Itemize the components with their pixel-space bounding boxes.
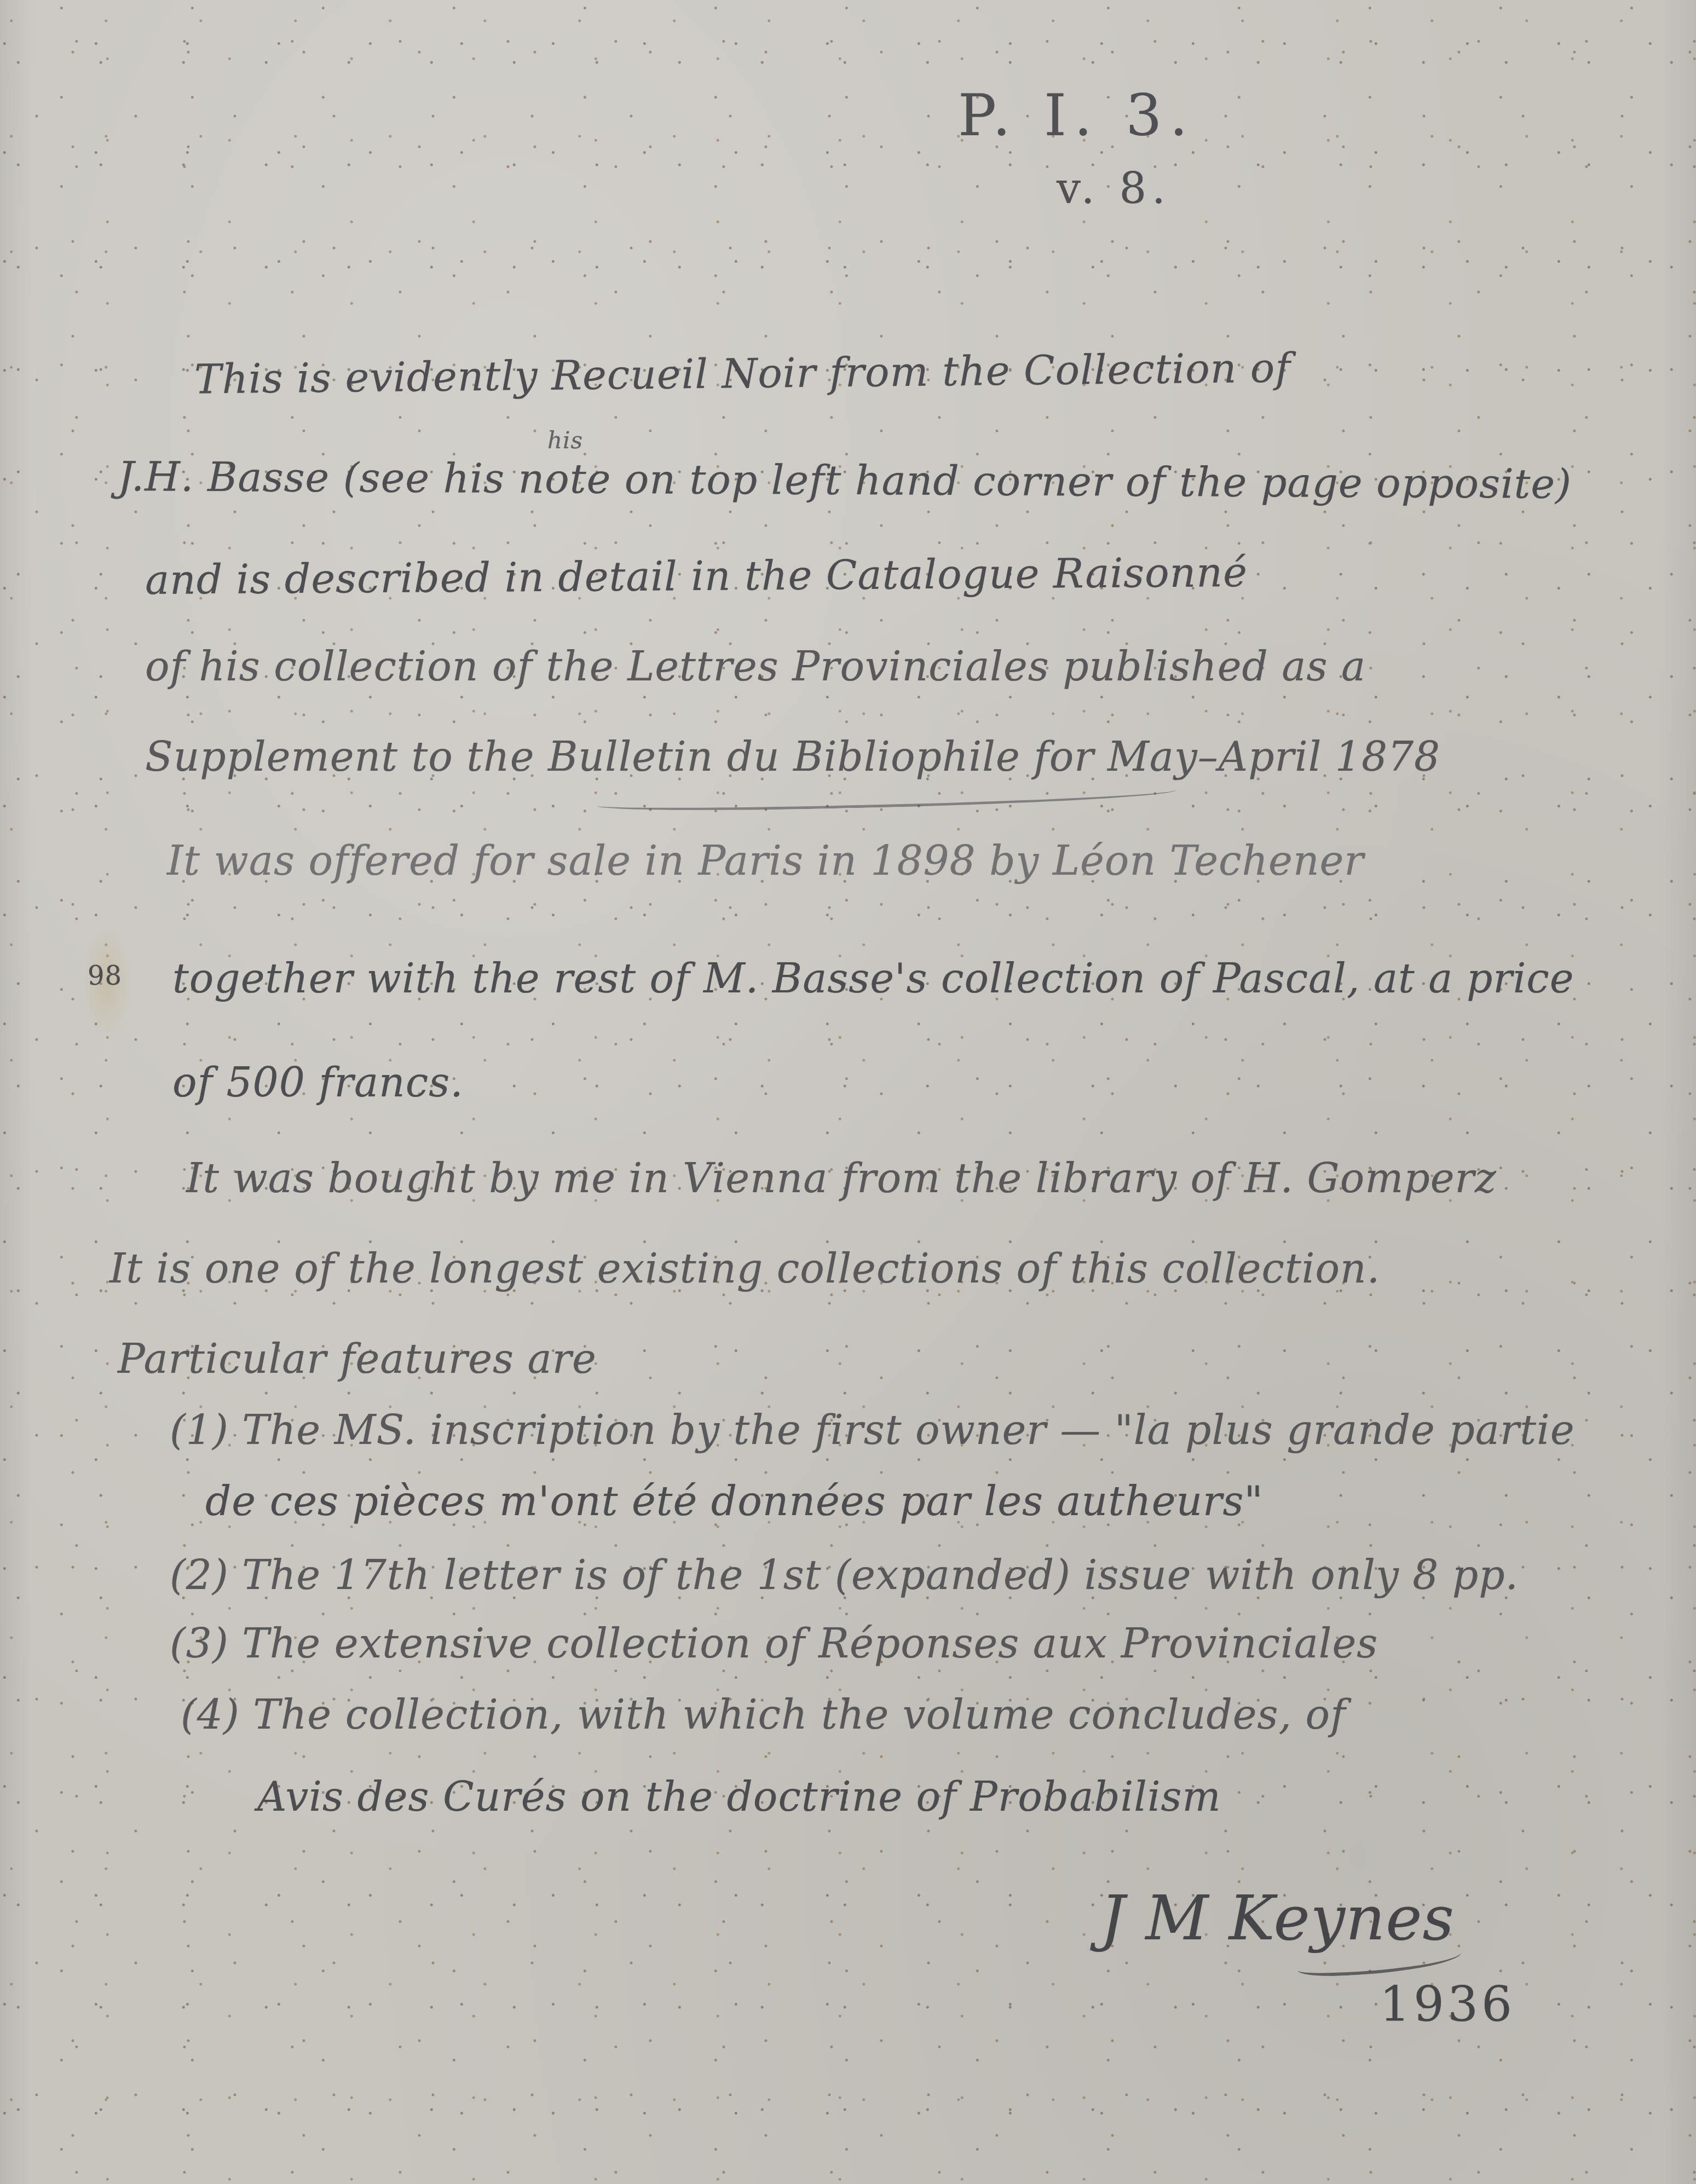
note-line-10: It is one of the longest existing collec… bbox=[109, 1245, 1380, 1292]
note-line-11: Particular features are bbox=[118, 1336, 597, 1383]
note-line-16: (4) The collection, with which the volum… bbox=[181, 1691, 1346, 1738]
note-line-7: together with the rest of M. Basse's col… bbox=[172, 955, 1574, 1002]
margin-note: 98 bbox=[88, 961, 122, 991]
note-line-4: of his collection of the Lettres Provinc… bbox=[145, 643, 1366, 690]
note-line-14: (2) The 17th letter is of the 1st (expan… bbox=[170, 1552, 1519, 1599]
note-line-15: (3) The extensive collection of Réponses… bbox=[170, 1620, 1378, 1667]
manuscript-page: P. I. 3. v. 8. This is evidently Recueil… bbox=[0, 0, 1696, 2184]
note-line-2: J.H. Basse (see his note on top left han… bbox=[118, 453, 1572, 508]
note-line-12: (1) The MS. inscription by the first own… bbox=[170, 1407, 1575, 1454]
note-line-3: and is described in detail in the Catalo… bbox=[145, 549, 1248, 604]
title-underline bbox=[597, 782, 1178, 813]
shelfmark-line-1: P. I. 3. bbox=[958, 82, 1195, 149]
note-line-8: of 500 francs. bbox=[172, 1059, 464, 1106]
note-line-9: It was bought by me in Vienna from the l… bbox=[186, 1155, 1497, 1202]
note-line-17: Avis des Curés on the doctrine of Probab… bbox=[257, 1773, 1221, 1821]
note-line-13: de ces pièces m'ont été données par les … bbox=[205, 1478, 1264, 1525]
note-line-1: This is evidently Recueil Noir from the … bbox=[194, 345, 1291, 403]
note-line-5: Supplement to the Bulletin du Bibliophil… bbox=[145, 733, 1440, 781]
signature: J M Keynes bbox=[1100, 1883, 1455, 1954]
shelfmark-line-2: v. 8. bbox=[1057, 164, 1171, 213]
signature-date: 1936 bbox=[1380, 1976, 1515, 2032]
interlinear-insert: his bbox=[547, 427, 583, 454]
note-line-6: It was offered for sale in Paris in 1898… bbox=[167, 837, 1364, 885]
